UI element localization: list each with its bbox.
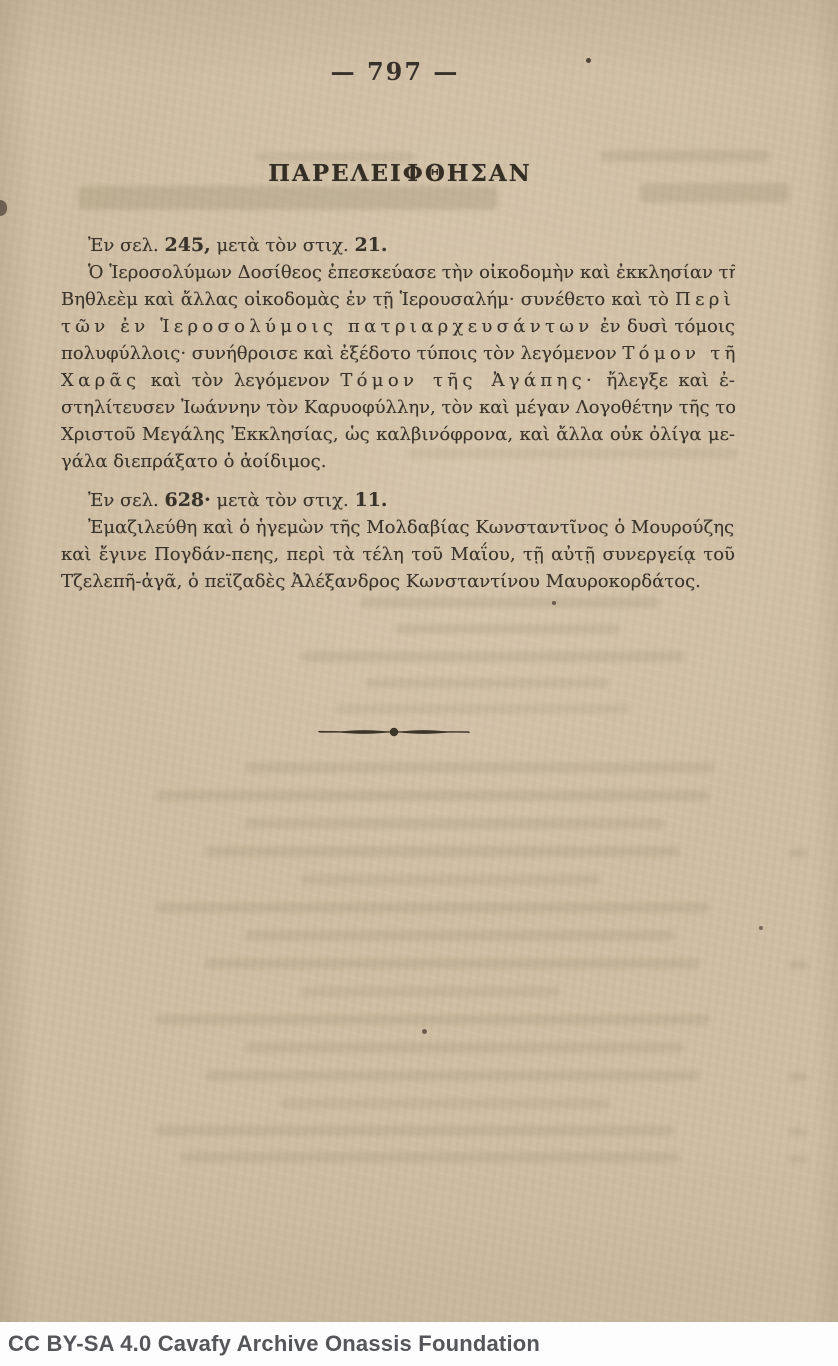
bleedthrough-line [155,902,710,913]
text-line: πολυφύλλοις· συνήθροισε καὶ ἐξέδοτο τύπο… [61,340,735,367]
scan-speck [0,200,7,216]
bleedthrough-line [788,848,808,858]
insertion-label: Ἐν σελ. 628· μετὰ τὸν στιχ. 11. [61,487,735,514]
bleedthrough-line [395,624,620,634]
scanned-page: — 797 — ΠΑΡΕΛΕΙΦΘΗΣΑΝ Ἐν σελ. 245, μετὰ … [0,0,838,1322]
bleedthrough-line [280,1098,610,1109]
text-line: Χριστοῦ Μεγάλης Ἐκκλησίας, ὡς καλβινόφρο… [61,421,735,448]
page-number: — 797 — [0,57,790,86]
bleedthrough-line [365,678,610,688]
bleedthrough-line [155,1125,675,1136]
text-line: Τζελεπῆ-ἀγᾶ, ὁ πεϊζαδὲς Ἀλέξανδρος Κωνστ… [61,568,735,595]
text-block: Ἐν σελ. 245, μετὰ τὸν στιχ. 21.Ὁ Ἱεροσολ… [61,232,735,595]
text-line: τῶν ἐν Ἱεροσολύμοις πατριαρχευσάντων ἐν … [61,313,735,340]
section-heading: ΠΑΡΕΛΕΙΦΘΗΣΑΝ [0,160,800,187]
scan-speck [586,58,591,63]
license-bar: CC BY-SA 4.0 Cavafy Archive Onassis Foun… [0,1322,838,1366]
bleedthrough-line [155,790,710,801]
bleedthrough-line [300,651,685,662]
insertion-label: Ἐν σελ. 245, μετὰ τὸν στιχ. 21. [61,232,735,259]
bleedthrough-line [205,958,700,969]
bleedthrough-line [335,704,630,714]
bleedthrough-line [788,1154,808,1164]
text-line: γάλα διεπράξατο ὁ ἀοίδιμος. [61,448,735,475]
bleedthrough-line [788,960,808,970]
scan-speck [422,1029,427,1034]
bleedthrough-line [155,1014,710,1025]
license-text: CC BY-SA 4.0 Cavafy Archive Onassis Foun… [8,1331,540,1357]
bleedthrough-line [360,597,660,608]
paragraph: Ἐν σελ. 245, μετὰ τὸν στιχ. 21.Ὁ Ἱεροσολ… [61,232,735,475]
scan-speck [552,601,556,605]
text-line: καὶ ἔγινε Πογδάν-πεης, περὶ τὰ τέλη τοῦ … [61,541,735,568]
text-line: Ὁ Ἱεροσολύμων Δοσίθεος ἐπεσκεύασε τὴν οἰ… [61,259,735,286]
paragraph: Ἐν σελ. 628· μετὰ τὸν στιχ. 11.Ἐμαζιλεύθ… [61,487,735,595]
bleedthrough-line [180,1152,680,1163]
bleedthrough-line [788,1127,808,1137]
scan-speck [759,926,763,930]
text-line: Χαρᾶς καὶ τὸν λεγόμενον Τόμον τῆς Ἀγάπης… [61,367,735,394]
text-line: Ἐμαζιλεύθη καὶ ὁ ἡγεμὼν τῆς Μολδαβίας Κω… [61,514,735,541]
bleedthrough-line [205,846,680,857]
text-line: Βηθλεὲμ καὶ ἄλλας οἰκοδομὰς ἐν τῇ Ἱερουσ… [61,286,735,313]
bleedthrough-line [300,874,600,885]
bleedthrough-line [205,1070,700,1081]
divider-ornament [318,724,470,740]
bleedthrough-line [245,762,715,773]
bleedthrough-line [300,986,560,997]
bleedthrough-line [788,1072,808,1082]
bleedthrough-line [245,930,675,941]
bleedthrough-line [245,1042,685,1053]
text-line: στηλίτευσεν Ἰωάννην τὸν Καρυοφύλλην, τὸν… [61,394,735,421]
bleedthrough-line [78,186,498,210]
bleedthrough-line [245,818,665,829]
